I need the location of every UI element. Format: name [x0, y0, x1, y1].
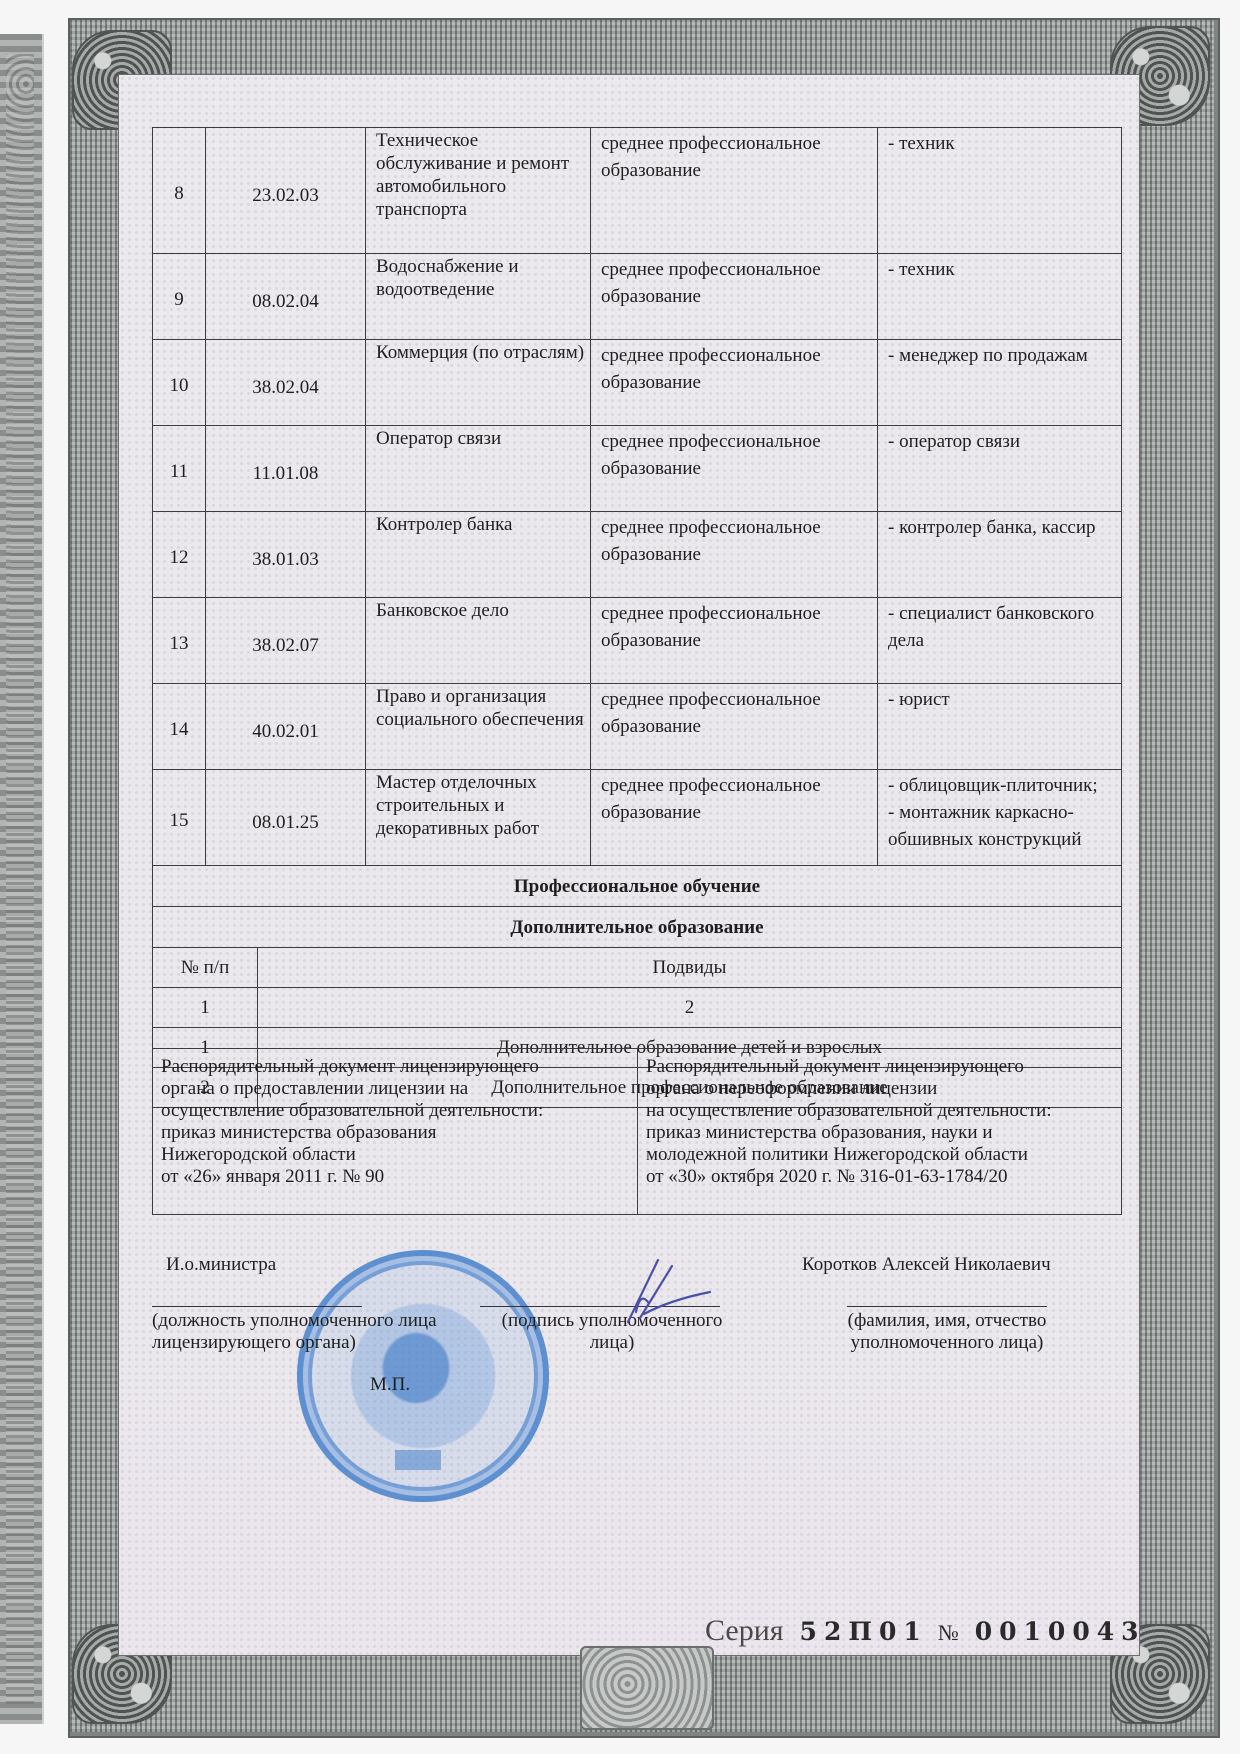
signer-position: И.о.министра — [166, 1254, 276, 1276]
cell-name: Банковское дело — [366, 598, 591, 684]
cell-num: 12 — [153, 512, 206, 598]
cell-level: среднее профессиональное образование — [591, 770, 878, 866]
cell-qualification: - оператор связи — [878, 426, 1122, 512]
cell-name: Мастер отделочных строительных и декорат… — [366, 770, 591, 866]
cell-code: 11.01.08 — [206, 426, 366, 512]
cell-level: среднее профессиональное образование — [591, 426, 878, 512]
orders-table: Распорядительный документ лицензирующего… — [152, 1048, 1122, 1215]
cell-name: Коммерция (по отраслям) — [366, 340, 591, 426]
cell-level: среднее профессиональное образование — [591, 598, 878, 684]
cell-qualification: - специалист банковского дела — [878, 598, 1122, 684]
table-row: 1238.01.03Контролер банкасреднее професс… — [153, 512, 1122, 598]
cell-num: 11 — [153, 426, 206, 512]
table-row: 1508.01.25Мастер отделочных строительных… — [153, 770, 1122, 866]
cell-level: среднее профессиональное образование — [591, 512, 878, 598]
reissue-order-text: Распорядительный документ лицензирующего… — [646, 1056, 1113, 1188]
cell-num: 9 — [153, 254, 206, 340]
cell-name: Право и организация социального обеспече… — [366, 684, 591, 770]
cell-qualification: - менеджер по продажам — [878, 340, 1122, 426]
cell-code: 38.01.03 — [206, 512, 366, 598]
header-subtypes: Подвиды — [258, 948, 1122, 988]
table-row: 1111.01.08Оператор связисреднее професси… — [153, 426, 1122, 512]
section-additional-education: Дополнительное образование — [153, 907, 1122, 948]
position-caption: (должность уполномоченного лица лицензир… — [152, 1310, 437, 1354]
header-num: № п/п — [153, 948, 258, 988]
adjacent-page-edge — [0, 34, 44, 1724]
cell-level: среднее профессиональное образование — [591, 340, 878, 426]
name-line — [847, 1306, 1047, 1307]
cell-name: Техническое обслуживание и ремонт автомо… — [366, 128, 591, 254]
cell-code: 38.02.04 — [206, 340, 366, 426]
cell-num: 14 — [153, 684, 206, 770]
subtypes-index-row: 1 2 — [153, 988, 1122, 1028]
cell-code: 40.02.01 — [206, 684, 366, 770]
position-line — [152, 1306, 362, 1307]
hologram-ornament-icon — [580, 1646, 714, 1730]
table-row: 1338.02.07Банковское делосреднее професс… — [153, 598, 1122, 684]
cell-num: 15 — [153, 770, 206, 866]
cell-code: 38.02.07 — [206, 598, 366, 684]
table-row: 908.02.04Водоснабжение и водоотведениеср… — [153, 254, 1122, 340]
grant-order: Распорядительный документ лицензирующего… — [153, 1049, 638, 1215]
subtypes-header-row: № п/п Подвиды — [153, 948, 1122, 988]
cell-code: 08.02.04 — [206, 254, 366, 340]
cell-code: 23.02.03 — [206, 128, 366, 254]
cell-num: 13 — [153, 598, 206, 684]
cell-num: 10 — [153, 340, 206, 426]
grant-order-text: Распорядительный документ лицензирующего… — [161, 1056, 629, 1188]
cell-level: среднее профессиональное образование — [591, 254, 878, 340]
table-row: 1440.02.01Право и организация социальног… — [153, 684, 1122, 770]
cell-level: среднее профессиональное образование — [591, 128, 878, 254]
reissue-order: Распорядительный документ лицензирующего… — [638, 1049, 1122, 1215]
cell-qualification: - техник — [878, 128, 1122, 254]
number-value: 0010043 — [975, 1617, 1146, 1646]
section-professional-training: Профессиональное обучение — [153, 866, 1122, 907]
serial-number: Серия52П01№0010043 — [705, 1614, 1146, 1648]
cell-qualification: - юрист — [878, 684, 1122, 770]
cell-qualification: - контролер банка, кассир — [878, 512, 1122, 598]
cell-num: 8 — [153, 128, 206, 254]
name-caption: (фамилия, имя, отчество уполномоченного … — [832, 1310, 1062, 1354]
cell-qualification: - техник — [878, 254, 1122, 340]
cell-code: 08.01.25 — [206, 770, 366, 866]
signer-name: Коротков Алексей Николаевич — [802, 1254, 1051, 1276]
cell-qualification: - облицовщик-плиточник; - монтажник карк… — [878, 770, 1122, 866]
handwritten-signature-icon — [600, 1252, 720, 1332]
cell-name: Водоснабжение и водоотведение — [366, 254, 591, 340]
seal-label: М.П. — [370, 1374, 410, 1396]
programs-table: 823.02.03Техническое обслуживание и ремо… — [152, 127, 1122, 948]
table-row: 1038.02.04Коммерция (по отраслям)среднее… — [153, 340, 1122, 426]
cell-name: Контролер банка — [366, 512, 591, 598]
table-row: 823.02.03Техническое обслуживание и ремо… — [153, 128, 1122, 254]
cell-name: Оператор связи — [366, 426, 591, 512]
series-value: 52П01 — [800, 1617, 928, 1646]
cell-level: среднее профессиональное образование — [591, 684, 878, 770]
